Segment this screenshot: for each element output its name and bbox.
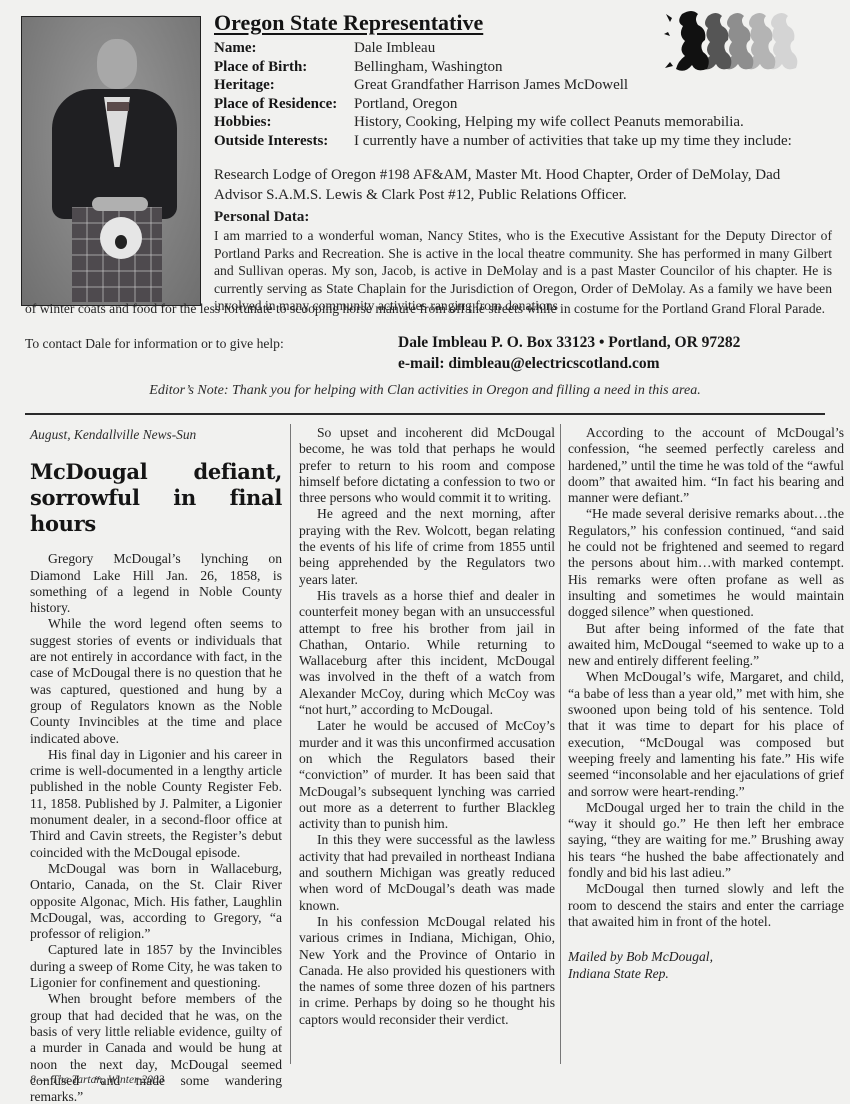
info-label: Place of Birth: bbox=[214, 58, 354, 77]
article-paragraph: McDougal then turned slowly and left the… bbox=[568, 881, 844, 930]
column-rule bbox=[290, 424, 291, 1064]
article-paragraph: When brought before members of the group… bbox=[30, 991, 282, 1104]
info-label: Heritage: bbox=[214, 76, 354, 95]
article-paragraph: Captured late in 1857 by the Invincibles… bbox=[30, 942, 282, 991]
info-value: Great Grandfather Harrison James McDowel… bbox=[354, 76, 814, 95]
article-column-2: So upset and incoherent did McDougal bec… bbox=[299, 425, 555, 1028]
article-paragraph: In his confession McDougal related his v… bbox=[299, 914, 555, 1028]
article-paragraph: When McDougal’s wife, Margaret, and chil… bbox=[568, 669, 844, 799]
editor-note: Editor’s Note: Thank you for helping wit… bbox=[0, 383, 850, 399]
article-source: August, Kendallville News-Sun bbox=[30, 427, 282, 443]
article-paragraph: So upset and incoherent did McDougal bec… bbox=[299, 425, 555, 506]
info-label: Name: bbox=[214, 39, 354, 58]
photo-head-shape bbox=[97, 39, 137, 89]
magazine-page: Oregon State Representative Name: Dale I… bbox=[0, 0, 850, 1104]
info-value: Dale Imbleau bbox=[354, 39, 814, 58]
article-paragraph: In this they were successful as the lawl… bbox=[299, 832, 555, 913]
article-signoff: Mailed by Bob McDougal, Indiana State Re… bbox=[568, 948, 844, 982]
info-label: Hobbies: bbox=[214, 113, 354, 132]
info-row-birthplace: Place of Birth: Bellingham, Washington bbox=[214, 58, 814, 77]
article-paragraph: According to the account of McDougal’s c… bbox=[568, 425, 844, 506]
article-paragraph: His travels as a horse thief and dealer … bbox=[299, 588, 555, 718]
article-paragraph: “He made several derisive remarks about…… bbox=[568, 506, 844, 620]
article-paragraph: Gregory McDougal’s lynching on Diamond L… bbox=[30, 551, 282, 616]
section-divider bbox=[25, 413, 825, 415]
interests-detail: Research Lodge of Oregon #198 AF&AM, Mas… bbox=[214, 165, 814, 205]
page-footer: 8 — The Tartan, Winter 2003 bbox=[30, 1074, 164, 1086]
article-headline: McDougal defiant, sorrowful in final hou… bbox=[30, 459, 282, 537]
article-column-3: According to the account of McDougal’s c… bbox=[568, 425, 844, 982]
info-row-heritage: Heritage: Great Grandfather Harrison Jam… bbox=[214, 76, 814, 95]
info-row-residence: Place of Residence: Portland, Oregon bbox=[214, 95, 814, 114]
photo-sporran-shape bbox=[100, 217, 142, 259]
contact-block: Dale Imbleau P. O. Box 33123 • Portland,… bbox=[398, 332, 740, 374]
personal-data-continued: of winter coats and food for the less fo… bbox=[25, 300, 833, 318]
info-label: Place of Residence: bbox=[214, 95, 354, 114]
article-paragraph: McDougal urged her to train the child in… bbox=[568, 800, 844, 881]
contact-prompt: To contact Dale for information or to gi… bbox=[25, 336, 284, 352]
column-rule bbox=[560, 424, 561, 1064]
profile-title: Oregon State Representative bbox=[214, 10, 483, 36]
article-paragraph: McDougal was born in Wallaceburg, Ontari… bbox=[30, 861, 282, 942]
contact-address: Dale Imbleau P. O. Box 33123 • Portland,… bbox=[398, 332, 740, 353]
info-row-hobbies: Hobbies: History, Cooking, Helping my wi… bbox=[214, 113, 814, 132]
article-paragraph: His final day in Ligonier and his career… bbox=[30, 747, 282, 861]
info-value: History, Cooking, Helping my wife collec… bbox=[354, 113, 814, 132]
info-label: Outside Interests: bbox=[214, 132, 354, 151]
contact-email[interactable]: e-mail: dimbleau@electricscotland.com bbox=[398, 353, 740, 374]
profile-info-table: Name: Dale Imbleau Place of Birth: Belli… bbox=[214, 39, 814, 150]
photo-hands-shape bbox=[92, 197, 148, 211]
article-paragraph: But after being informed of the fate tha… bbox=[568, 621, 844, 670]
article-paragraph: While the word legend often seems to sug… bbox=[30, 616, 282, 746]
info-row-interests: Outside Interests: I currently have a nu… bbox=[214, 132, 814, 151]
signoff-line: Mailed by Bob McDougal, bbox=[568, 948, 844, 965]
signoff-line: Indiana State Rep. bbox=[568, 965, 844, 982]
article-paragraph: He agreed and the next morning, after pr… bbox=[299, 506, 555, 587]
info-value: Bellingham, Washington bbox=[354, 58, 814, 77]
info-value: I currently have a number of activities … bbox=[354, 132, 814, 151]
article-column-1: August, Kendallville News-Sun McDougal d… bbox=[30, 425, 282, 1104]
article-paragraph: Later he would be accused of McCoy’s mur… bbox=[299, 718, 555, 832]
portrait-photo bbox=[21, 16, 201, 306]
photo-bowtie-shape bbox=[107, 102, 129, 111]
info-value: Portland, Oregon bbox=[354, 95, 814, 114]
personal-data-heading: Personal Data: bbox=[214, 209, 309, 226]
info-row-name: Name: Dale Imbleau bbox=[214, 39, 814, 58]
